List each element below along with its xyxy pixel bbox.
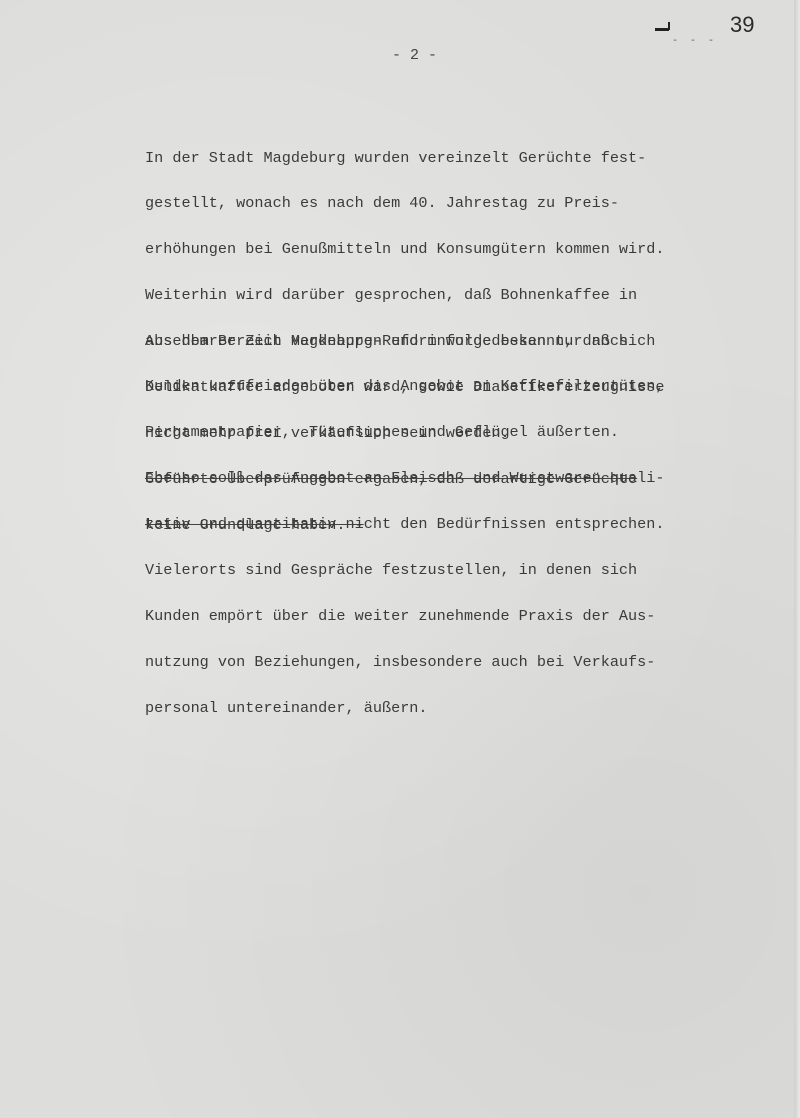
text-line: Pergamentpapier, Tütensuppen und Geflüge… <box>145 425 745 440</box>
text-line: Vielerorts sind Gespräche festzustellen,… <box>145 563 745 578</box>
text-line: gestellt, wonach es nach dem 40. Jahrest… <box>145 196 745 211</box>
text-line: tativ und quantitativ nicht den Bedürfni… <box>145 517 745 532</box>
text-line: Ebenso soll das Angebot an Fleisch- und … <box>145 471 745 486</box>
text-line: Aus dem Bereich Magdeburg-Reform wurde b… <box>145 334 745 349</box>
text-line: In der Stadt Magdeburg wurden vereinzelt… <box>145 151 745 166</box>
archive-mark <box>668 22 670 30</box>
text-line: nutzung von Beziehungen, insbesondere au… <box>145 655 745 670</box>
page-edge <box>794 0 800 1118</box>
document-page: - - - 39 - 2 - In der Stadt Magdeburg wu… <box>0 0 800 1118</box>
text-line: Kunden unzufrieden über das Angebot an K… <box>145 379 745 394</box>
text-line: Weiterhin wird darüber gesprochen, daß B… <box>145 288 745 303</box>
text-line: personal untereinander, äußern. <box>145 701 745 716</box>
archive-mark <box>655 28 669 31</box>
archive-dots: - - - <box>672 36 717 47</box>
paragraph-customer-complaints: Aus dem Bereich Magdeburg-Reform wurde b… <box>145 303 745 747</box>
archive-page-number: 39 <box>730 12 754 38</box>
page-number: - 2 - <box>392 47 437 64</box>
text-line: Kunden empört über die weiter zunehmende… <box>145 609 745 624</box>
text-line: erhöhungen bei Genußmitteln und Konsumgü… <box>145 242 745 257</box>
